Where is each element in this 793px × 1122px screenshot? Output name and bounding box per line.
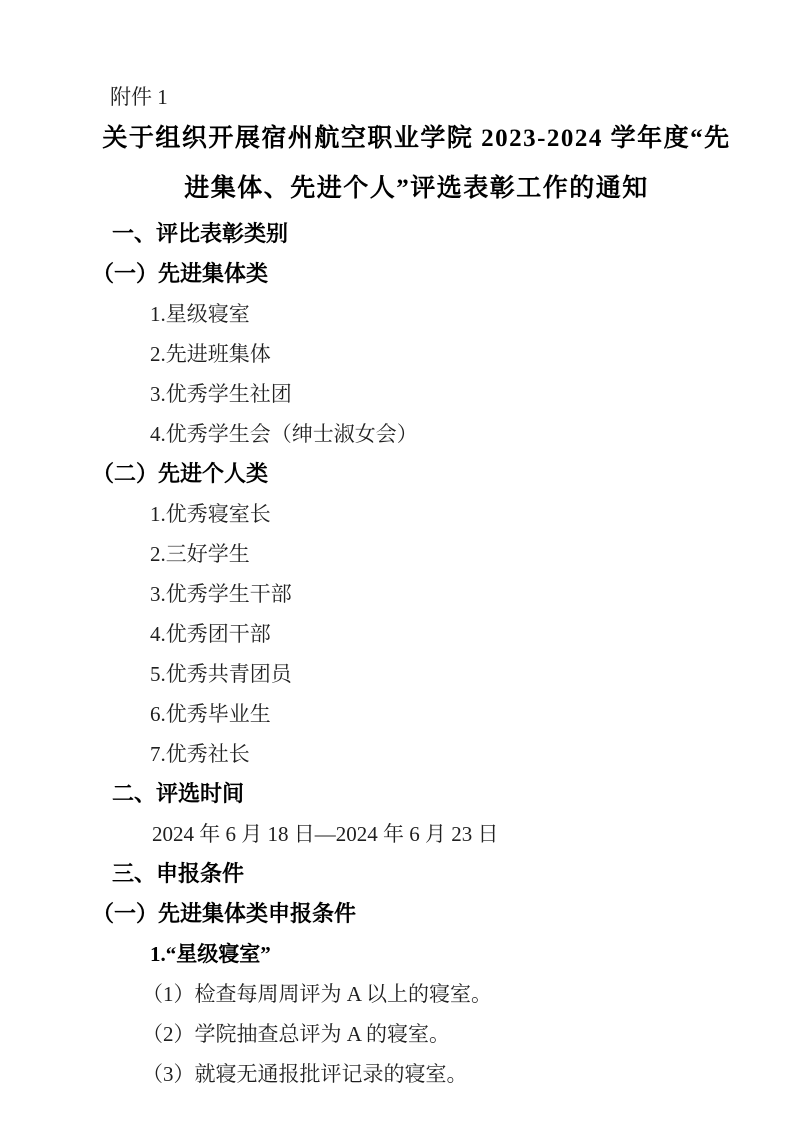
list-item-collective-2: 2.先进班集体 (0, 334, 793, 374)
list-item-collective-3: 3.优秀学生社团 (0, 374, 793, 414)
criterion-1: （1）检查每周周评为 A 以上的寝室。 (0, 974, 793, 1014)
section-3-heading: 三、申报条件 (0, 854, 793, 894)
list-item-individual-2: 2.三好学生 (0, 534, 793, 574)
criterion-3: （3）就寝无通报批评记录的寝室。 (0, 1054, 793, 1094)
section-2-heading: 二、评选时间 (0, 774, 793, 814)
section-1-heading: 一、评比表彰类别 (0, 214, 793, 254)
list-item-individual-4: 4.优秀团干部 (0, 614, 793, 654)
section-3-group-1-heading: （一）先进集体类申报条件 (0, 894, 793, 934)
list-item-collective-4: 4.优秀学生会（绅士淑女会） (0, 414, 793, 454)
list-item-individual-1: 1.优秀寝室长 (0, 494, 793, 534)
criterion-2: （2）学院抽查总评为 A 的寝室。 (0, 1014, 793, 1054)
star-dormitory-subheading: 1.“星级寝室” (0, 934, 793, 974)
document-title: 关于组织开展宿州航空职业学院 2023-2024 学年度“先 进集体、先进个人”… (0, 114, 793, 214)
list-item-individual-5: 5.优秀共青团员 (0, 654, 793, 694)
attachment-label: 附件 1 (0, 80, 793, 114)
document-title-line2: 进集体、先进个人”评选表彰工作的通知 (40, 164, 793, 214)
document-title-line1: 关于组织开展宿州航空职业学院 2023-2024 学年度“先 (40, 114, 793, 164)
section-1-group-1-heading: （一）先进集体类 (0, 254, 793, 294)
list-item-individual-6: 6.优秀毕业生 (0, 694, 793, 734)
list-item-collective-1: 1.星级寝室 (0, 294, 793, 334)
list-item-individual-3: 3.优秀学生干部 (0, 574, 793, 614)
selection-date-range: 2024 年 6 月 18 日—2024 年 6 月 23 日 (0, 814, 793, 854)
section-1-group-2-heading: （二）先进个人类 (0, 454, 793, 494)
list-item-individual-7: 7.优秀社长 (0, 734, 793, 774)
document-page: 附件 1 关于组织开展宿州航空职业学院 2023-2024 学年度“先 进集体、… (0, 0, 793, 1122)
